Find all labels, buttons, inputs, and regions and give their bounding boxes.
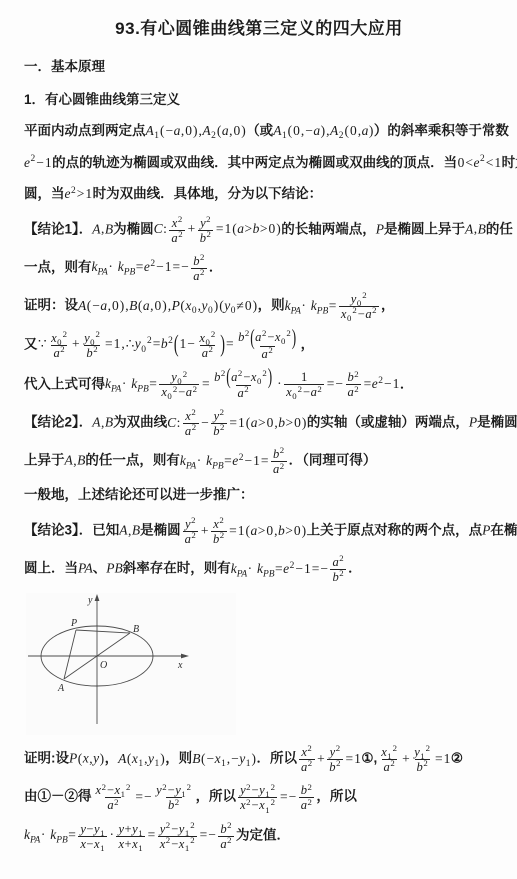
conclusion-3-line-2: 圆上．当PA、PB斜率存在时，则有kPA· kPB=e2−1=−a2b2．	[24, 555, 494, 584]
generalize-line: 一般地，上述结论还可以进一步推广：	[24, 485, 494, 505]
sub-heading: 1．有心圆锥曲线第三定义	[24, 88, 494, 108]
document-body-bottom: 证明:设P(x,y)，A(x1,y1)，则B(−x1,−y1)．所以x2a2+y…	[24, 745, 494, 850]
math-run: A,B	[119, 523, 140, 538]
math-run: kPA· kPB=y02x02−a2=b2(a2−x02)a2·1x02−a2=…	[105, 376, 400, 391]
text-run: 为定值．	[236, 827, 290, 842]
text-run: ①,	[361, 751, 377, 766]
text-run: ，	[381, 298, 395, 313]
text-run: 斜率存在时，则有	[123, 561, 231, 576]
proof-3-line-2: 由①－②得x2−x12a2=−y2−y12b2，所以y2−y12x2−x12=−…	[24, 783, 494, 812]
math-run: kPA· kPB=y−y1x−x1·y+y1x+x1=y2−y12x2−x12=…	[24, 827, 236, 842]
text-run: 的任一点，则有	[85, 453, 180, 468]
text-run: ，	[105, 751, 119, 766]
math-run: A,B	[465, 221, 486, 236]
math-run: x2a2+y2b2=1	[297, 751, 361, 766]
math-run: ∵x02a2+y02b2=1,∴y02=b2(1−x02a2)=b2(a2−x0…	[38, 336, 301, 351]
proof-1-line-3: 代入上式可得kPA· kPB=y02x02−a2=b2(a2−x02)a2·1x…	[24, 370, 494, 401]
text-run: 【结论2】．	[24, 415, 92, 430]
math-run: B(−x1,−y1)	[192, 751, 256, 766]
math-run: x12a2+y12b2=1	[377, 751, 451, 766]
math-run: e2−1	[24, 155, 52, 170]
conclusion-2-line-2: 上异于A,B的任一点，则有kPA· kPB=e2−1=b2a2．（同理可得）	[24, 447, 494, 476]
text-run: （或	[246, 123, 273, 138]
text-run: ，则	[258, 298, 285, 313]
math-run: A,B	[65, 453, 86, 468]
text-run: 证明：设	[24, 298, 78, 313]
math-run: 0<e2<1	[457, 155, 501, 170]
text-run: 一般地，上述结论还可以进一步推广：	[24, 487, 254, 502]
para-def-line-1: 平面内动点到两定点A1(−a,0),A2(a,0)（或A1(0,−a),A2(0…	[24, 121, 494, 141]
text-run: 在椭	[490, 523, 517, 538]
math-run: A(x1,y1)	[118, 751, 165, 766]
math-run: kPA· kPB=y02x02−a2	[285, 298, 381, 313]
math-run: P	[469, 415, 477, 430]
text-run: 【结论1】．	[24, 221, 92, 236]
text-run: 上异于	[24, 453, 65, 468]
text-run: ，所以	[316, 789, 357, 804]
text-run: 是椭圆	[140, 523, 181, 538]
para-def-line-2: e2−1的点的轨迹为椭圆或双曲线．其中两定点为椭圆或双曲线的顶点．当0<e2<1…	[24, 153, 494, 173]
text-run: 的实轴（或虚轴）两端点，	[307, 415, 469, 430]
math-run: PA	[78, 561, 93, 576]
proof-1-line-2: 又∵x02a2+y02b2=1,∴y02=b2(1−x02a2)=b2(a2−x…	[24, 330, 494, 361]
math-run: A,B	[92, 415, 113, 430]
text-run: 时为双曲线．具体地，分为以下结论：	[93, 186, 323, 201]
page-title: 93.有心圆锥曲线第三定义的四大应用	[24, 14, 494, 39]
conclusion-3-line-1: 【结论3】．已知A,B是椭圆y2a2+x2b2=1(a>0,b>0)上关于原点对…	[24, 517, 494, 546]
proof-3-line-1: 证明:设P(x,y)，A(x1,y1)，则B(−x1,−y1)．所以x2a2+y…	[24, 745, 494, 774]
math-run: A1(0,−a),A2(0,a)	[273, 123, 374, 138]
math-run: PB	[106, 561, 123, 576]
text-run: ，所以	[196, 789, 237, 804]
conclusion-1-line-1: 【结论1】．A,B为椭圆C:x2a2+y2b2=1(a>b>0)的长轴两端点，P…	[24, 216, 494, 245]
text-run: ，则	[165, 751, 192, 766]
label-point-p: P	[70, 618, 77, 629]
para-def-line-3: 圆，当e2>1时为双曲线．具体地，分为以下结论：	[24, 184, 494, 204]
section-heading: 一．基本原理	[24, 55, 494, 75]
text-run: 的点的轨迹为椭圆或双曲线．其中两定点为椭圆或双曲线的顶点．当	[52, 155, 457, 170]
document-body-top: 平面内动点到两定点A1(−a,0),A2(a,0)（或A1(0,−a),A2(0…	[24, 121, 494, 584]
document-page: 93.有心圆锥曲线第三定义的四大应用 一．基本原理 1．有心圆锥曲线第三定义 平…	[0, 0, 517, 851]
math-run: P	[376, 221, 384, 236]
math-run: A1(−a,0),A2(a,0)	[146, 123, 247, 138]
math-run: y2−y12x2−x12=−b2a2	[236, 789, 316, 804]
text-run: 上关于原点对称的两个点，点	[307, 523, 483, 538]
text-run: ．	[348, 561, 362, 576]
text-run: 又	[24, 336, 38, 351]
ellipse-figure: y x O P B A	[26, 593, 236, 735]
math-run: e2>1	[65, 186, 93, 201]
label-point-a: A	[57, 683, 65, 694]
text-run: 是椭圆上异于	[384, 221, 465, 236]
segment-PB	[76, 630, 130, 633]
text-run: ②	[451, 751, 463, 766]
text-run: 【结论3】．已知	[24, 523, 119, 538]
math-run: x2−x12a2=−y2−y12b2	[92, 789, 196, 804]
text-run: 的长轴两端点，	[281, 221, 376, 236]
math-run: y2a2+x2b2=1(a>0,b>0)	[181, 523, 307, 538]
text-run: ．（同理可得）	[289, 453, 377, 468]
text-run: ．	[400, 376, 414, 391]
ellipse-diagram: y x O P B A	[26, 593, 236, 730]
text-run: 由①－②得	[24, 789, 92, 804]
proof-1-line-1: 证明：设A(−a,0),B(a,0),P(x0,y0)(y0≠0)，则kPA· …	[24, 292, 494, 321]
proof-3-line-3: kPA· kPB=y−y1x−x1·y+y1x+x1=y2−y12x2−x12=…	[24, 822, 494, 851]
math-run: A,B	[92, 221, 113, 236]
y-axis-arrow-icon	[95, 594, 100, 601]
text-run: 证明:设	[24, 751, 69, 766]
text-run: 的任	[486, 221, 513, 236]
text-run: 一点，则有	[24, 259, 92, 274]
text-run: 时为椭	[502, 155, 517, 170]
text-run: ）的斜率乘积等于常数	[374, 123, 509, 138]
conclusion-1-line-2: 一点，则有kPA· kPB=e2−1=−b2a2．	[24, 254, 494, 283]
math-run: C:x2a2+y2b2=1(a>b>0)	[154, 221, 282, 236]
conclusion-2-line-1: 【结论2】．A,B为双曲线C:x2a2−y2b2=1(a>0,b>0)的实轴（或…	[24, 409, 494, 438]
text-run: ，	[301, 336, 315, 351]
math-run: C:x2a2−y2b2=1(a>0,b>0)	[167, 415, 307, 430]
math-run: P(x,y)	[69, 751, 105, 766]
text-run: ．所以	[257, 751, 298, 766]
text-run: 是椭圆	[477, 415, 517, 430]
math-run: A(−a,0),B(a,0),P(x0,y0)(y0≠0)	[78, 298, 258, 313]
text-run: 为椭圆	[113, 221, 154, 236]
text-run: 圆上．当	[24, 561, 78, 576]
text-run: 平面内动点到两定点	[24, 123, 146, 138]
text-run: 代入上式可得	[24, 376, 105, 391]
label-point-b: B	[133, 624, 139, 635]
math-run: kPA· kPB=e2−1=−a2b2	[231, 561, 348, 576]
x-axis-arrow-icon	[181, 654, 189, 659]
text-run: 圆，当	[24, 186, 65, 201]
math-run: kPA· kPB=e2−1=−b2a2	[92, 259, 209, 274]
text-run: 、	[93, 561, 107, 576]
label-y-axis: y	[87, 595, 93, 606]
text-run: 为双曲线	[113, 415, 167, 430]
label-origin: O	[100, 660, 107, 671]
label-x-axis: x	[177, 660, 183, 671]
text-run: ．	[209, 259, 223, 274]
math-run: kPA· kPB=e2−1=b2a2	[180, 453, 289, 468]
